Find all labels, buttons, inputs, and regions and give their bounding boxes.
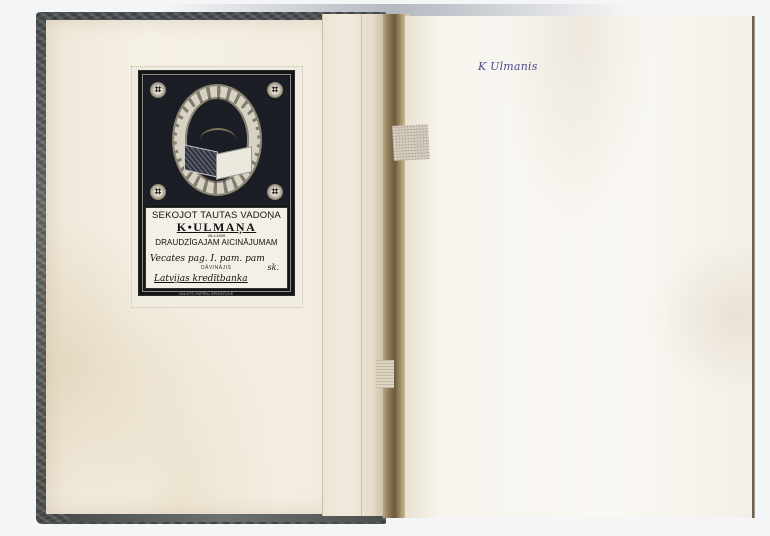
bookplate-illustration: ⌗ ⌗ ⌗ ⌗ bbox=[144, 76, 289, 206]
handwritten-signature: K Ulmanis bbox=[478, 60, 538, 73]
handwritten-donor: Latvijas kredītbanka bbox=[154, 274, 248, 284]
bookplate-name: K•ULMAŅA bbox=[146, 221, 287, 233]
corner-ornament-icon: ⌗ bbox=[150, 184, 166, 200]
bookplate-subheading: DRAUDZĪGAJAM AICINĀJUMAM bbox=[146, 238, 287, 247]
corner-ornament-icon: ⌗ bbox=[267, 184, 283, 200]
hinge-cloth-strip bbox=[322, 14, 385, 516]
handwritten-recipient: Vecates pag. I. pam. pam bbox=[150, 254, 265, 264]
first-page bbox=[405, 16, 754, 518]
corner-ornament-icon: ⌗ bbox=[150, 82, 166, 98]
bookplate-text-panel: SEKOJOT TAUTAS VADOŅA K•ULMAŅA 28-I-1939… bbox=[145, 207, 288, 289]
donor-label: DĀVINĀJIS bbox=[201, 265, 231, 271]
handwritten-recipient-suffix: sk. bbox=[268, 263, 280, 272]
corner-ornament-icon: ⌗ bbox=[267, 82, 283, 98]
repair-tape-lower bbox=[376, 360, 394, 388]
printer-mark: VALSTS PAPĪRU SPIESTUVE bbox=[179, 292, 233, 296]
repair-tape bbox=[392, 124, 430, 161]
bookplate: ⌗ ⌗ ⌗ ⌗ SEKOJOT TAUTAS VADOŅA K•ULMAŅA 2… bbox=[138, 70, 295, 296]
